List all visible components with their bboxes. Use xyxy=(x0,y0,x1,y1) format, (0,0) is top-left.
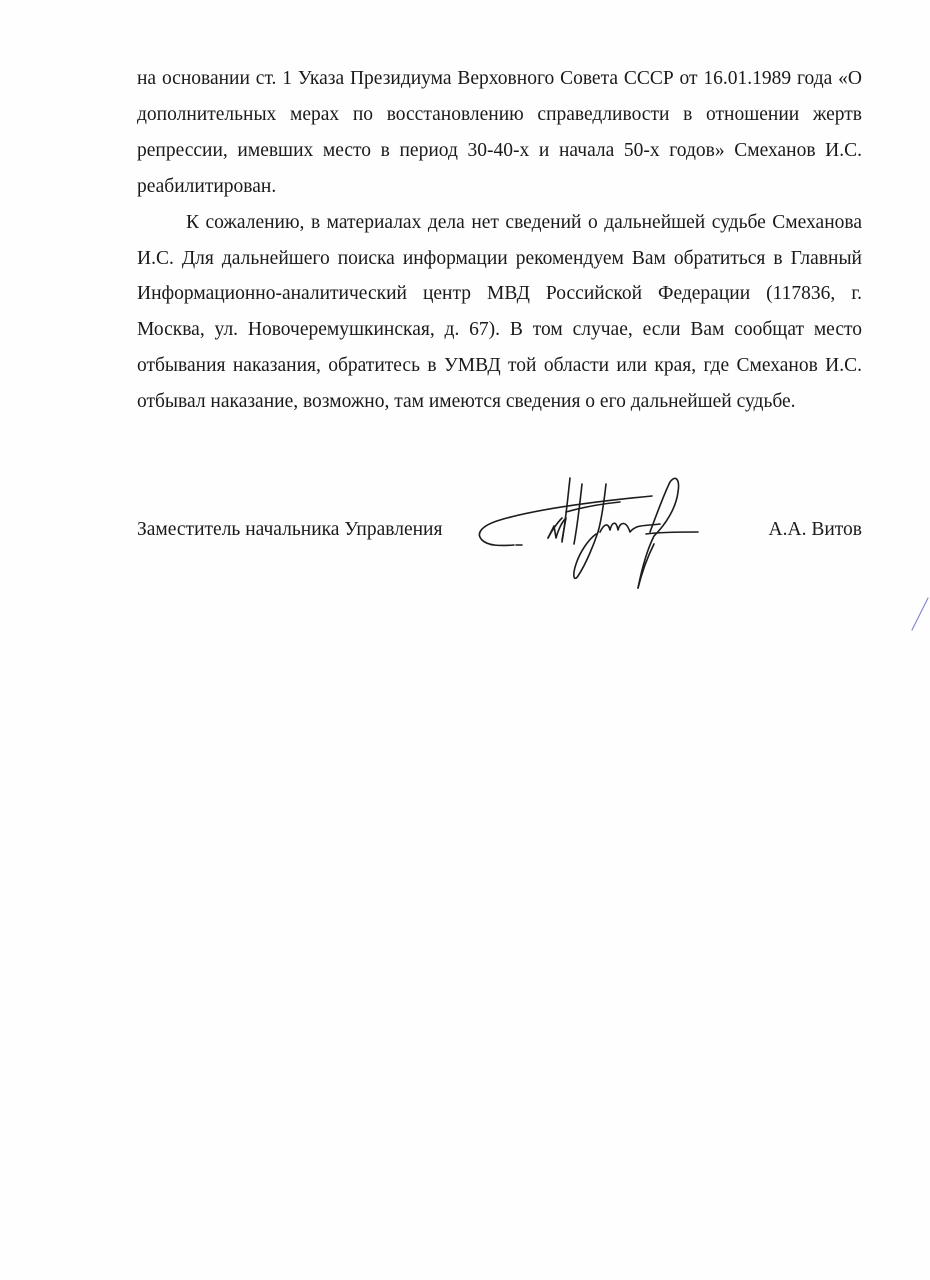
signatory-title: Заместитель начальника Управления xyxy=(137,512,442,548)
pen-mark-icon xyxy=(908,596,930,632)
document-page: на основании ст. 1 Указа Президиума Верх… xyxy=(0,0,930,1280)
signatory-name: А.А. Витов xyxy=(769,512,862,548)
paragraph-further-search: К сожалению, в материалах дела нет сведе… xyxy=(137,205,862,420)
document-body: на основании ст. 1 Указа Президиума Верх… xyxy=(137,61,862,420)
handwritten-signature-icon xyxy=(470,472,720,597)
paragraph-rehabilitation: на основании ст. 1 Указа Президиума Верх… xyxy=(137,61,862,205)
